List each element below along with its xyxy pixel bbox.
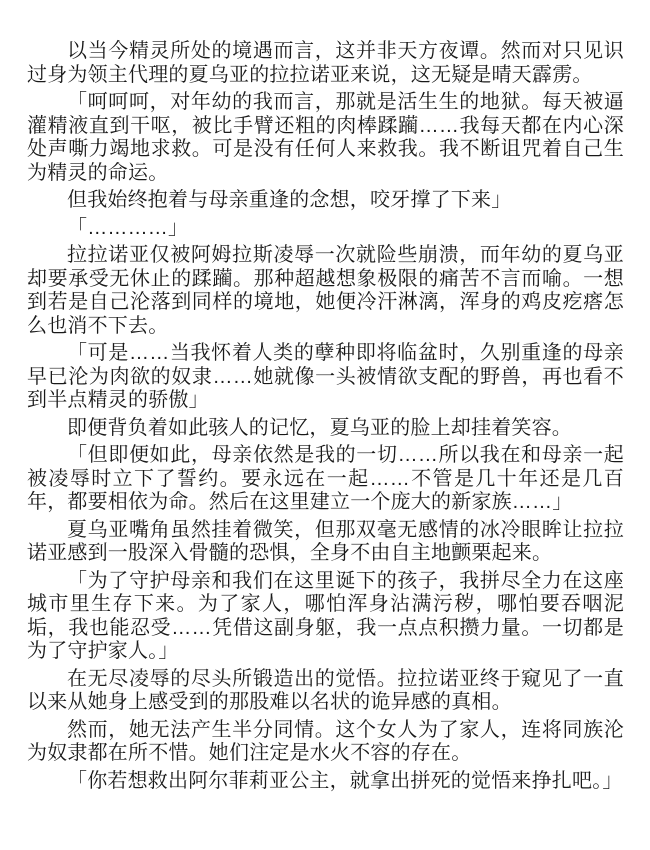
paragraph: 在无尽凌辱的尽头所锻造出的觉悟。拉拉诺亚终于窥见了一直以来从她身上感受到的那股难…	[27, 668, 624, 715]
paragraph: 以当今精灵所处的境遇而言，这并非天方夜谭。然而对只见识过身为领主代理的夏乌亚的拉…	[27, 40, 624, 87]
paragraph: 夏乌亚嘴角虽然挂着微笑，但那双毫无感情的冰冷眼眸让拉拉诺亚感到一股深入骨髓的恐惧…	[27, 519, 624, 566]
paragraph: 拉拉诺亚仅被阿姆拉斯凌辱一次就险些崩溃，而年幼的夏乌亚却要承受无休止的蹂躏。那种…	[27, 244, 624, 338]
novel-page: 以当今精灵所处的境遇而言，这并非天方夜谭。然而对只见识过身为领主代理的夏乌亚的拉…	[0, 0, 650, 850]
paragraph: 「你若想救出阿尔菲莉亚公主，就拿出拼死的觉悟来挣扎吧。」	[27, 770, 624, 794]
paragraph: 「呵呵呵，对年幼的我而言，那就是活生生的地狱。每天被逼灌精液直到干呕，被比手臂还…	[27, 91, 624, 185]
paragraph: 然而，她无法产生半分同情。这个女人为了家人，连将同族沦为奴隶都在所不惜。她们注定…	[27, 719, 624, 766]
paragraph: 「为了守护母亲和我们在这里诞下的孩子，我拼尽全力在这座城市里生存下来。为了家人，…	[27, 570, 624, 664]
paragraph: 即便背负着如此骇人的记忆，夏乌亚的脸上却挂着笑容。	[27, 417, 624, 441]
page-text: 以当今精灵所处的境遇而言，这并非天方夜谭。然而对只见识过身为领主代理的夏乌亚的拉…	[27, 40, 624, 793]
paragraph: 「…………」	[27, 217, 624, 241]
paragraph: 「可是……当我怀着人类的孽种即将临盆时，久别重逢的母亲早已沦为肉欲的奴隶……她就…	[27, 342, 624, 413]
paragraph: 但我始终抱着与母亲重逢的念想，咬牙撑了下来」	[27, 189, 624, 213]
paragraph: 「但即便如此，母亲依然是我的一切……所以我在和母亲一起被凌辱时立下了誓约。要永远…	[27, 444, 624, 515]
